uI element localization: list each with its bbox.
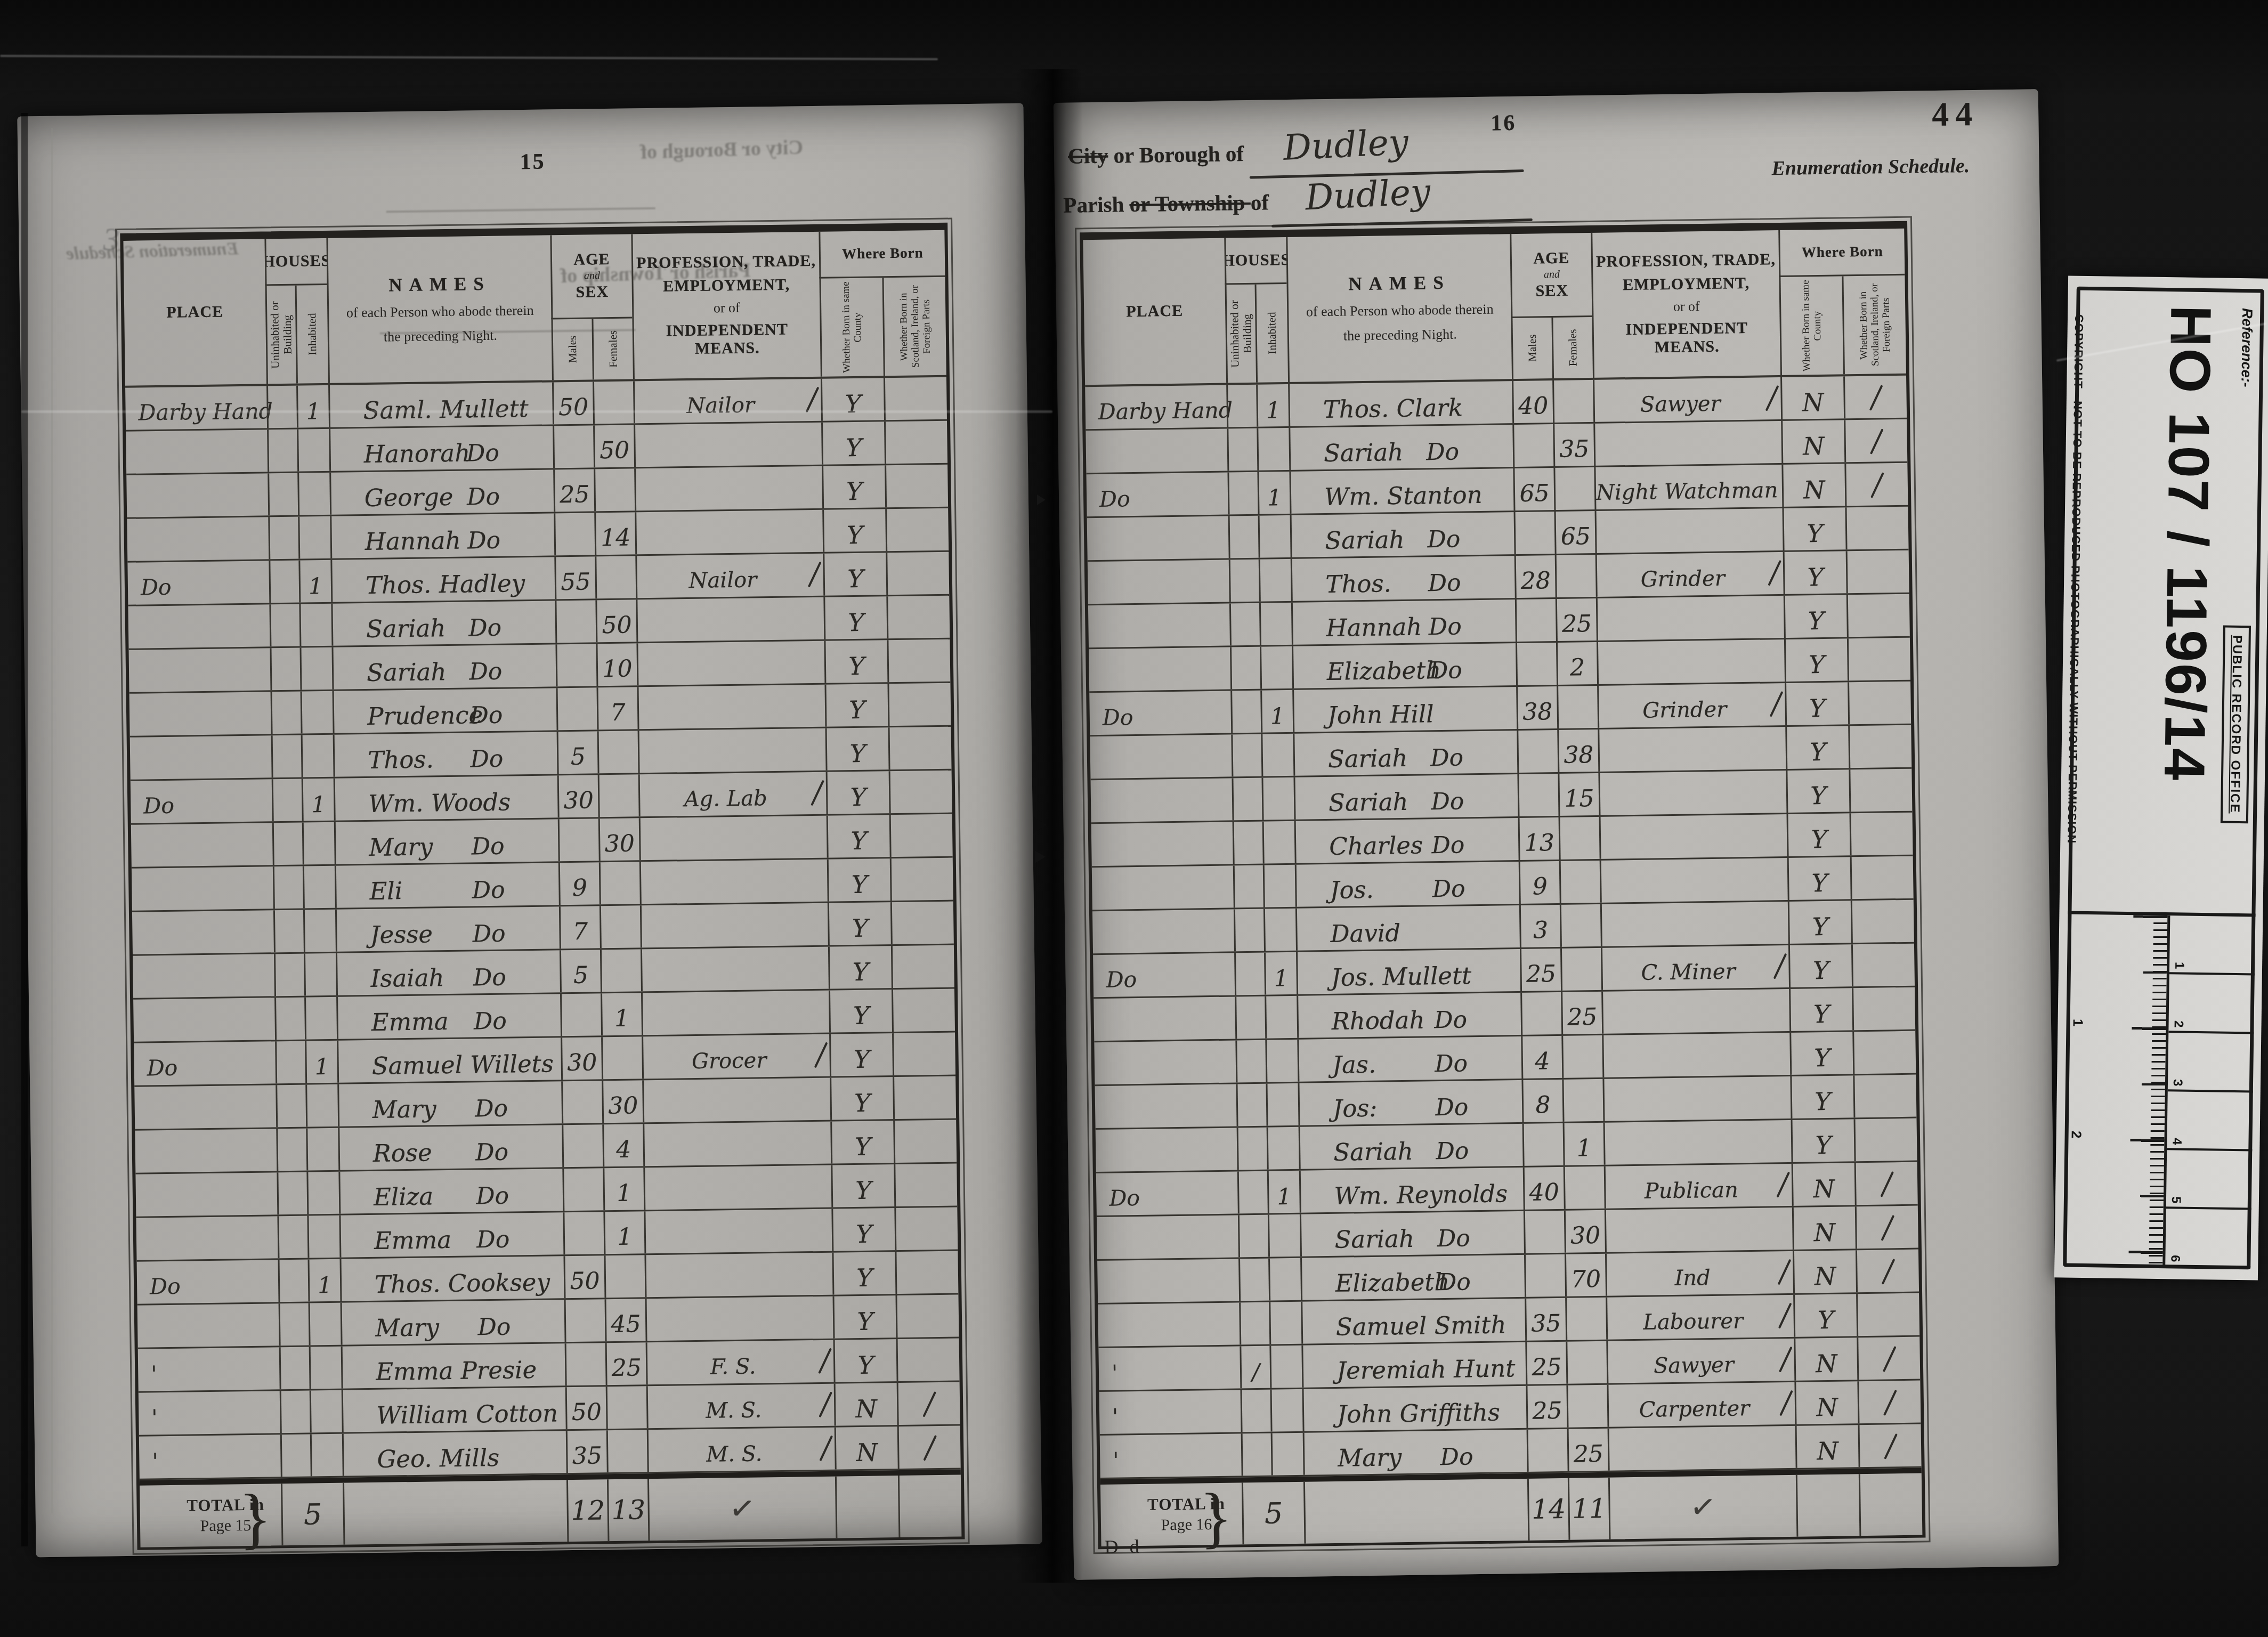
- female-age-cell: [606, 1430, 647, 1472]
- enumeration-schedule-title: Enumeration Schedule.: [1771, 154, 1970, 180]
- born-county-cell: Y: [1787, 813, 1850, 856]
- inhabited-cell: [297, 473, 330, 515]
- name-cell: SariahDo: [1299, 1124, 1523, 1169]
- born-elsewhere-cell: [892, 1033, 955, 1076]
- uninhabited-cell: [1230, 691, 1261, 733]
- ditto-mark: Do: [1435, 1093, 1468, 1121]
- female-age-cell: [1562, 1079, 1603, 1122]
- pen-stroke: [1882, 1346, 1896, 1372]
- born-county-cell: Y: [827, 858, 890, 902]
- male-age-cell: [1512, 424, 1553, 467]
- born-county-cell: N: [1793, 1250, 1856, 1293]
- place-cell: [1097, 1215, 1238, 1259]
- male-age-cell: 7: [559, 906, 600, 949]
- place-cell: Darby Hand: [1085, 385, 1227, 429]
- col-header-males: Males: [551, 319, 592, 380]
- name-cell: SariahDo: [1293, 731, 1517, 776]
- inhabited-cell: [304, 953, 336, 996]
- ditto-mark: Do: [1435, 1050, 1468, 1077]
- born-elsewhere-cell: [896, 1339, 960, 1382]
- pen-stroke: [1869, 428, 1883, 455]
- inhabited-cell: [1269, 1302, 1301, 1344]
- col-header-profession: PROFESSION, TRADE, EMPLOYMENT, or of IND…: [631, 232, 821, 379]
- place-cell: [132, 866, 273, 910]
- col-header-where-born: Where Born: [819, 230, 945, 279]
- born-county-cell: Y: [824, 640, 887, 683]
- born-county-cell: N: [835, 1427, 898, 1470]
- name-cell: Wm. Reynolds: [1299, 1168, 1524, 1213]
- born-county-cell: Y: [1789, 1032, 1853, 1075]
- place-cell: [1093, 996, 1235, 1041]
- name-cell: Thos.Do: [1291, 556, 1515, 601]
- place-cell: [1097, 1259, 1239, 1303]
- gutter-mark: [1033, 816, 1047, 833]
- ditto-mark: Do: [474, 1008, 507, 1035]
- uninhabited-cell: [274, 998, 305, 1040]
- place-cell: ': [1098, 1346, 1240, 1390]
- total-born1-cell: [835, 1476, 899, 1538]
- born-elsewhere-cell: [1851, 900, 1914, 943]
- female-age-cell: 2: [1556, 642, 1597, 685]
- parish-value: Dudley: [1304, 171, 1431, 218]
- place-cell: Darby Hand: [125, 386, 267, 429]
- place-cell: Do: [137, 1260, 279, 1303]
- male-age-cell: [1516, 643, 1557, 685]
- name-cell: ElizabethDo: [1300, 1255, 1525, 1300]
- place-cell: [1090, 778, 1232, 822]
- total-check-cell: ✓: [647, 1477, 836, 1541]
- female-age-cell: [1566, 1341, 1607, 1384]
- born-county-cell: Y: [828, 902, 891, 945]
- born-county-cell: N: [1780, 376, 1844, 419]
- inhabited-cell: 1: [308, 1259, 341, 1302]
- inhabited-cell: [1265, 996, 1297, 1039]
- born-elsewhere-cell: [895, 1251, 958, 1294]
- pen-stroke: [819, 1435, 833, 1461]
- pen-stroke: [1884, 1433, 1898, 1460]
- inhabited-cell: [1263, 865, 1295, 907]
- name-cell: Thos. Cooksey: [340, 1256, 564, 1301]
- profession-cell: Publican: [1604, 1164, 1792, 1209]
- female-age-cell: [606, 1386, 647, 1429]
- profession-cell: Ag. Lab: [638, 772, 827, 817]
- place-cell: Do: [1093, 953, 1235, 997]
- pen-stroke: [1880, 1171, 1894, 1197]
- totals-brace: }: [238, 1475, 272, 1561]
- col-header-names: NAMES of each Person who abode therein t…: [326, 235, 552, 383]
- male-age-cell: [1524, 1211, 1565, 1253]
- born-county-cell: Y: [1789, 988, 1852, 1031]
- uninhabited-cell: [1227, 428, 1257, 471]
- uninhabited-cell: [266, 386, 297, 428]
- place-cell: [1092, 865, 1234, 910]
- total-males-cell: 12: [566, 1479, 608, 1542]
- place-cell: [134, 1085, 276, 1129]
- born-elsewhere-cell: [897, 1382, 960, 1425]
- microfilm-frame: 15 City or Borough of Parish or Township…: [0, 0, 2268, 1637]
- place-cell: ': [1099, 1390, 1241, 1434]
- col-header-where-born: Where Born: [1778, 229, 1905, 277]
- uninhabited-cell: [270, 648, 300, 691]
- pen-stroke: [819, 1391, 832, 1417]
- born-county-cell: Y: [1782, 507, 1845, 550]
- uninhabited-cell: [1237, 1171, 1268, 1214]
- male-age-cell: 25: [1526, 1385, 1567, 1428]
- profession-cell: [1599, 814, 1787, 859]
- born-county-cell: Y: [827, 815, 890, 858]
- name-cell: RoseDo: [338, 1125, 562, 1170]
- born-elsewhere-cell: [889, 771, 952, 814]
- place-cell: Do: [134, 1041, 276, 1085]
- profession-cell: F. S.: [646, 1340, 834, 1385]
- cm-ruler: 1 2 3 4 5 6: [2163, 915, 2256, 1268]
- place-cell: [135, 1129, 277, 1172]
- inhabited-cell: 1: [305, 1041, 337, 1083]
- born-county-cell: Y: [821, 378, 884, 421]
- place-cell: [126, 473, 268, 517]
- profession-cell: [641, 991, 829, 1035]
- born-elsewhere-cell: [1848, 725, 1911, 768]
- uninhabited-cell: [1234, 953, 1265, 995]
- ditto-mark: Do: [472, 877, 505, 904]
- pen-stroke: [814, 1042, 828, 1068]
- page-number-left: 15: [520, 149, 546, 175]
- profession-cell: Night Watchman: [1594, 465, 1782, 509]
- inhabited-cell: [302, 822, 335, 865]
- inhabited-cell: [301, 691, 333, 734]
- male-age-cell: 5: [560, 950, 601, 992]
- inhabited-cell: 1: [1260, 690, 1293, 733]
- inhabited-cell: 1: [298, 560, 331, 603]
- male-age-cell: [1517, 730, 1558, 773]
- born-county-cell: N: [1792, 1206, 1856, 1250]
- uninhabited-cell: [1238, 1259, 1269, 1301]
- female-age-cell: 25: [605, 1342, 646, 1385]
- ditto-mark: Do: [469, 702, 503, 730]
- uninhabited-cell: [1240, 1390, 1270, 1432]
- inhabited-cell: [1257, 428, 1289, 471]
- name-cell: Emma Presie: [341, 1343, 565, 1388]
- uninhabited-cell: [1228, 516, 1259, 558]
- male-age-cell: [1520, 992, 1561, 1035]
- totals-label: TOTAL in Page 15 }: [140, 1484, 281, 1547]
- born-county-cell: Y: [825, 727, 889, 771]
- born-elsewhere-cell: [1856, 1293, 1919, 1336]
- male-age-cell: 35: [566, 1430, 607, 1473]
- inhabited-cell: 1: [1257, 472, 1290, 514]
- catchword: D d: [1104, 1535, 1143, 1558]
- place-cell: [1092, 909, 1234, 953]
- born-elsewhere-cell: [1847, 638, 1910, 681]
- male-age-cell: [1524, 1254, 1565, 1297]
- profession-cell: [637, 685, 825, 730]
- uninhabited-cell: [1229, 603, 1260, 646]
- profession-cell: [638, 728, 826, 773]
- born-county-cell: Y: [831, 1208, 895, 1251]
- female-age-cell: [594, 468, 635, 511]
- pen-stroke: [1778, 1303, 1792, 1329]
- born-elsewhere-cell: [885, 508, 949, 552]
- uninhabited-cell: [1236, 1084, 1266, 1127]
- col-header-place: PLACE: [123, 239, 266, 385]
- female-age-cell: [1559, 861, 1600, 903]
- ditto-mark: Do: [1431, 831, 1464, 859]
- male-age-cell: 4: [1521, 1036, 1562, 1079]
- born-elsewhere-cell: [894, 1208, 958, 1251]
- inhabited-cell: [1268, 1258, 1301, 1301]
- born-elsewhere-cell: [884, 377, 947, 420]
- profession-cell: Nailor: [633, 379, 821, 424]
- place-cell: Do: [1089, 691, 1231, 735]
- uninhabited-cell: [1226, 385, 1257, 427]
- name-cell: PrudenceDo: [333, 688, 557, 733]
- born-county-cell: Y: [1786, 769, 1849, 813]
- profession-cell: [1598, 727, 1786, 772]
- female-age-cell: 10: [596, 643, 637, 686]
- female-age-cell: [601, 1036, 642, 1079]
- born-elsewhere-cell: [886, 596, 950, 639]
- male-age-cell: 25: [1520, 949, 1561, 991]
- col-header-females: Females: [592, 318, 633, 379]
- profession-cell: [634, 423, 822, 467]
- female-age-cell: [595, 556, 636, 598]
- uninhabited-cell: [267, 429, 297, 472]
- female-age-cell: 30: [602, 1080, 643, 1123]
- uninhabited-cell: [269, 604, 299, 647]
- uninhabited-cell: [1230, 647, 1260, 690]
- pen-stroke: [1778, 1259, 1792, 1285]
- uninhabited-cell: [1232, 778, 1262, 821]
- pen-stroke: [1765, 385, 1779, 411]
- ditto-mark: Do: [476, 1182, 509, 1210]
- pen-stroke: [808, 562, 822, 588]
- born-county-cell: Y: [832, 1295, 896, 1339]
- born-elsewhere-cell: [1855, 1206, 1918, 1249]
- male-age-cell: 30: [557, 775, 598, 817]
- born-elsewhere-cell: [889, 814, 953, 857]
- profession-cell: [1602, 1076, 1791, 1121]
- place-cell: [1098, 1302, 1240, 1347]
- born-county-cell: Y: [1787, 857, 1851, 900]
- film-scratch: [0, 55, 938, 60]
- reference-label-paper: Reference:- HO 107 / 1196/14 PUBLIC RECO…: [2054, 275, 2268, 1280]
- born-elsewhere-cell: [1856, 1250, 1919, 1293]
- born-elsewhere-cell: [897, 1426, 961, 1469]
- inhabited-cell: [1258, 515, 1291, 558]
- ditto-mark: Do: [473, 964, 506, 992]
- profession-cell: [634, 466, 822, 511]
- uninhabited-cell: [277, 1216, 307, 1259]
- born-county-cell: Y: [829, 990, 892, 1033]
- inhabited-cell: [309, 1347, 342, 1389]
- female-age-cell: 15: [1558, 773, 1599, 816]
- ditto-mark: Do: [466, 440, 499, 467]
- inhabited-cell: [307, 1215, 339, 1258]
- profession-cell: [635, 510, 823, 555]
- place-cell: [126, 429, 268, 473]
- female-age-cell: [1557, 686, 1598, 728]
- name-cell: MaryDo: [334, 819, 558, 864]
- male-age-cell: [555, 600, 596, 643]
- ditto-mark: Do: [475, 1139, 508, 1166]
- name-cell: MaryDo: [341, 1300, 565, 1344]
- place-cell: ': [139, 1391, 280, 1435]
- female-age-cell: 50: [593, 425, 634, 467]
- profession-cell: [1593, 421, 1781, 466]
- pen-stroke: [1776, 1172, 1790, 1198]
- name-cell: SariahDo: [1293, 774, 1518, 820]
- name-cell: Jos:Do: [1298, 1080, 1522, 1125]
- profession-cell: [643, 1165, 831, 1210]
- col-header-females: Females: [1551, 317, 1593, 378]
- ditto-mark: Do: [1431, 788, 1464, 815]
- female-age-cell: [1552, 380, 1593, 423]
- uninhabited-cell: [280, 1434, 311, 1477]
- uninhabited-cell: [1238, 1215, 1268, 1258]
- ditto-mark: Do: [1427, 525, 1460, 553]
- male-age-cell: 9: [558, 862, 600, 905]
- uninhabited-cell: [271, 692, 301, 734]
- inhabited-cell: [303, 866, 335, 909]
- name-cell: GeorgeDo: [329, 469, 554, 514]
- born-elsewhere-cell: [1849, 813, 1913, 856]
- profession-cell: [1596, 596, 1784, 641]
- bleed-underline: [386, 207, 655, 213]
- female-age-cell: 1: [601, 993, 642, 1035]
- ditto-mark: Do: [1440, 1443, 1473, 1471]
- enumeration-table-right: PLACE HOUSES Uninhabited or Building Inh…: [1080, 221, 1925, 1549]
- inhabited-cell: [1267, 1127, 1299, 1170]
- male-age-cell: 38: [1516, 686, 1557, 729]
- profession-cell: [636, 597, 824, 642]
- male-age-cell: [1514, 512, 1555, 554]
- profession-cell: [1598, 771, 1786, 815]
- inhabited-cell: [299, 647, 332, 690]
- place-cell: ': [139, 1435, 281, 1478]
- film-edge: [21, 113, 28, 1546]
- parish-township-line: Parish or Township of: [1063, 189, 1269, 217]
- inch-ruler: 1 2: [2063, 914, 2168, 1268]
- inhabited-cell: [301, 735, 334, 777]
- name-cell: Wm. Woods: [334, 775, 558, 820]
- name-cell: David: [1295, 905, 1520, 951]
- inhabited-cell: [309, 1303, 341, 1346]
- uninhabited-cell: [279, 1303, 309, 1346]
- profession-cell: [1602, 1033, 1790, 1077]
- totals-row-left: TOTAL in Page 15 } 5 12 13 ✓: [140, 1470, 962, 1547]
- underlying-page-edge: [51, 128, 53, 1513]
- reference-caption: Reference:-: [2238, 308, 2255, 387]
- uninhabited-cell: [269, 561, 299, 603]
- born-county-cell: Y: [1791, 1119, 1854, 1162]
- inhabited-cell: [1271, 1433, 1303, 1476]
- inhabited-cell: [306, 1172, 339, 1214]
- born-elsewhere-cell: [890, 858, 953, 901]
- pen-stroke: [1869, 385, 1883, 411]
- place-cell: [1086, 429, 1227, 473]
- inhabited-cell: [298, 516, 330, 559]
- place-cell: [1087, 516, 1229, 561]
- gutter-mark: [1035, 850, 1046, 863]
- inhabited-cell: [1259, 603, 1292, 645]
- pen-stroke: [923, 1435, 937, 1461]
- female-age-cell: [1565, 1298, 1606, 1340]
- born-elsewhere-cell: [885, 465, 948, 508]
- place-cell: [130, 735, 272, 779]
- profession-cell: Ind: [1605, 1251, 1793, 1296]
- place-cell: [1096, 1128, 1237, 1172]
- uninhabited-cell: [1233, 822, 1263, 864]
- folio-number: 44: [1932, 94, 1979, 134]
- born-elsewhere-cell: [1846, 594, 1910, 637]
- male-age-cell: [562, 1124, 603, 1167]
- born-county-cell: Y: [830, 1077, 893, 1120]
- male-age-cell: [1515, 599, 1556, 642]
- place-cell: Do: [1086, 473, 1228, 517]
- totals-row-right: TOTAL in Page 16 } 5 14 11 ✓: [1100, 1468, 1923, 1547]
- born-county-cell: N: [1794, 1381, 1858, 1424]
- ditto-mark: Do: [471, 833, 504, 861]
- female-age-cell: 50: [595, 599, 636, 642]
- male-age-cell: 35: [1525, 1298, 1566, 1341]
- name-cell: Thos. Clark: [1288, 381, 1512, 426]
- ditto-mark: Do: [1430, 744, 1463, 772]
- name-cell: Geo. Mills: [342, 1431, 566, 1476]
- inhabited-cell: 1: [1267, 1171, 1300, 1213]
- pen-stroke: [1768, 560, 1781, 586]
- female-age-cell: [599, 862, 640, 904]
- born-elsewhere-cell: [1845, 507, 1908, 550]
- uninhabited-cell: [271, 735, 302, 778]
- name-cell: Thos.Do: [333, 732, 557, 776]
- female-age-cell: 30: [598, 818, 639, 861]
- profession-cell: [643, 1122, 831, 1166]
- female-age-cell: 1: [603, 1211, 644, 1254]
- pen-stroke: [1770, 691, 1784, 717]
- ditto-mark: Do: [477, 1314, 511, 1341]
- uninhabited-cell: [1235, 996, 1265, 1039]
- name-cell: EmmaDo: [339, 1212, 563, 1257]
- inhabited-cell: 1: [302, 779, 334, 821]
- city-value: Dudley: [1282, 121, 1410, 168]
- public-record-office-stamp: PUBLIC RECORD OFFICE: [2221, 626, 2251, 823]
- name-cell: JesseDo: [335, 906, 560, 951]
- born-elsewhere-cell: [894, 1164, 957, 1207]
- bleed-through-city-line: City or Borough of: [640, 136, 804, 164]
- profession-cell: Nailor: [635, 554, 823, 598]
- col-header-born-elsewhere: Whether Born in Scotland, Ireland, or Fo…: [1842, 275, 1906, 375]
- total-males-cell: 14: [1527, 1478, 1569, 1541]
- born-elsewhere-cell: [1848, 682, 1911, 725]
- ditto-mark: Do: [1436, 1137, 1469, 1165]
- name-cell: RhodahDo: [1297, 993, 1521, 1038]
- profession-cell: [644, 1209, 832, 1254]
- male-age-cell: 9: [1519, 861, 1560, 904]
- uninhabited-cell: [268, 473, 298, 516]
- profession-cell: [640, 903, 828, 948]
- uninhabited-cell: [275, 1041, 305, 1084]
- place-cell: [132, 910, 274, 954]
- born-elsewhere-cell: [893, 1076, 956, 1120]
- female-age-cell: 25: [1556, 598, 1597, 641]
- female-age-cell: 70: [1565, 1254, 1606, 1296]
- female-age-cell: [597, 731, 638, 773]
- male-age-cell: 25: [553, 469, 594, 512]
- male-age-cell: [555, 644, 596, 686]
- uninhabited-cell: [1241, 1433, 1271, 1476]
- place-cell: Do: [1096, 1171, 1238, 1215]
- female-age-cell: 65: [1554, 511, 1595, 554]
